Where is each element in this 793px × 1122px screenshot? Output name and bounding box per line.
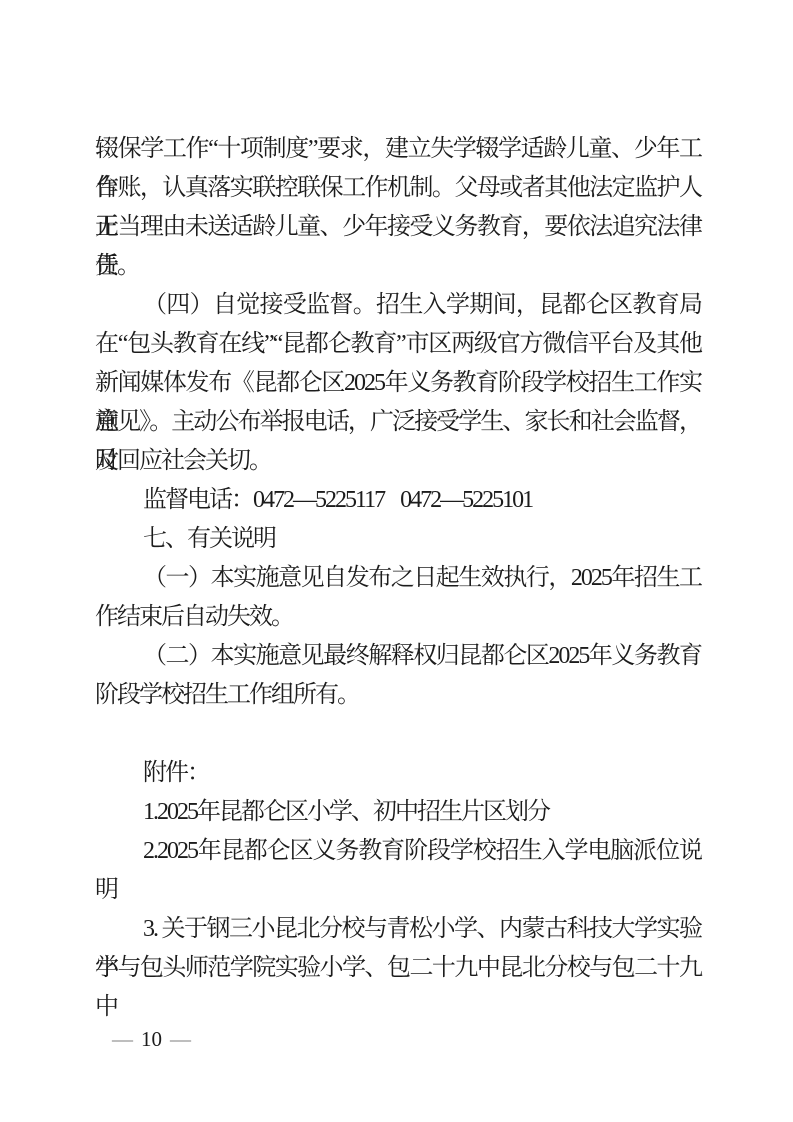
text-line: 监督电话：0472—5225117 0472—5225101 xyxy=(95,481,701,520)
text-line: 附件： xyxy=(95,754,701,793)
text-line: （四）自觉接受监督。招生入学期间，昆都仑区教育局 xyxy=(95,286,701,325)
text-line: 明 xyxy=(95,871,701,910)
text-line: 时回应社会关切。 xyxy=(95,442,701,481)
text-line: 新闻媒体发布《昆都仑区2025年义务教育阶段学校招生工作实施 xyxy=(95,364,701,403)
text-line: 阶段学校招生工作组所有。 xyxy=(95,676,701,715)
document-body: 辍保学工作“十项制度”要求，建立失学辍学适龄儿童、少年工作台账，认真落实联控联保… xyxy=(95,130,701,988)
text-line: 台账，认真落实联控联保工作机制。父母或者其他法定监护人无 xyxy=(95,169,701,208)
text-line: 任。 xyxy=(95,247,701,286)
document-page: 辍保学工作“十项制度”要求，建立失学辍学适龄儿童、少年工作台账，认真落实联控联保… xyxy=(0,0,793,1122)
text-line: 作结束后自动失效。 xyxy=(95,598,701,637)
footer-left-dash: — xyxy=(112,1027,133,1051)
text-line: 2.2025年昆都仑区义务教育阶段学校招生入学电脑派位说 xyxy=(95,832,701,871)
text-line: 在“包头教育在线”“昆都仑教育”市区两级官方微信平台及其他 xyxy=(95,325,701,364)
text-line: 正当理由未送适龄儿童、少年接受义务教育，要依法追究法律责 xyxy=(95,208,701,247)
text-line: 辍保学工作“十项制度”要求，建立失学辍学适龄儿童、少年工作 xyxy=(95,130,701,169)
text-line: 1.2025年昆都仑区小学、初中招生片区划分 xyxy=(95,793,701,832)
text-line: （二）本实施意见最终解释权归昆都仑区2025年义务教育 xyxy=(95,637,701,676)
footer-right-dash: — xyxy=(170,1027,191,1051)
text-line: 3. 关于钢三小昆北分校与青松小学、内蒙古科技大学实验小 xyxy=(95,910,701,949)
page-footer: —10— xyxy=(112,1024,191,1054)
text-line: 七、有关说明 xyxy=(95,520,701,559)
blank-line xyxy=(95,715,701,754)
page-number: 10 xyxy=(141,1027,162,1051)
text-line: （一）本实施意见自发布之日起生效执行，2025年招生工 xyxy=(95,559,701,598)
text-line: 学与包头师范学院实验小学、包二十九中昆北分校与包二十九中 xyxy=(95,949,701,988)
text-line: 意见》。主动公布举报电话，广泛接受学生、家长和社会监督，及 xyxy=(95,403,701,442)
